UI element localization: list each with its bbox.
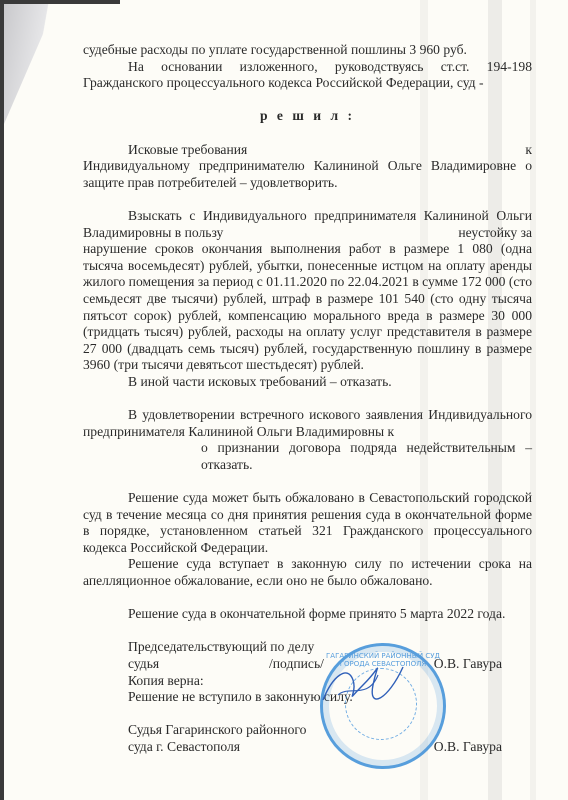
handwritten-signature-icon	[318, 655, 408, 715]
text-counter-b: о признании договора подряда недействите…	[83, 440, 532, 473]
page-fold-shadow	[4, 4, 56, 124]
text-signed: /подпись/	[269, 656, 324, 673]
text-grounds: На основании изложенного, руководствуясь…	[83, 59, 532, 92]
scan-edge-top	[0, 0, 120, 4]
scan-edge-left	[0, 0, 4, 800]
text-appeal: Решение суда может быть обжаловано в Сев…	[83, 490, 532, 556]
text-claims-k: к	[525, 142, 532, 159]
text-claims-2: Индивидуальному предпринимателю Калинино…	[83, 158, 532, 191]
text-court-2: суда г. Севастополя	[128, 739, 240, 756]
text-deny-rest: В иной части исковых требований – отказа…	[83, 374, 532, 391]
text-counter-a: В удовлетворении встречного искового зая…	[83, 407, 532, 440]
text-effect: Решение суда вступает в законную силу по…	[83, 556, 532, 589]
text-judge-name: О.В. Гавура	[434, 656, 502, 673]
text-recover-c: нарушение сроков окончания выполнения ра…	[83, 241, 532, 374]
heading-decided: р е ш и л :	[83, 108, 532, 125]
text-judge-name-2: О.В. Гавура	[434, 739, 502, 756]
text-claims-a: Исковые требования	[128, 142, 247, 159]
text-judge-label: судья	[128, 656, 159, 673]
document-page: судебные расходы по уплате государственн…	[83, 42, 532, 756]
signature-block: Председательствующий по делу судья /подп…	[83, 639, 532, 755]
text-claims-1: Исковые требования к	[83, 142, 532, 159]
text-costs: судебные расходы по уплате государственн…	[83, 42, 532, 59]
text-final-form: Решение суда в окончательной форме приня…	[83, 606, 532, 623]
